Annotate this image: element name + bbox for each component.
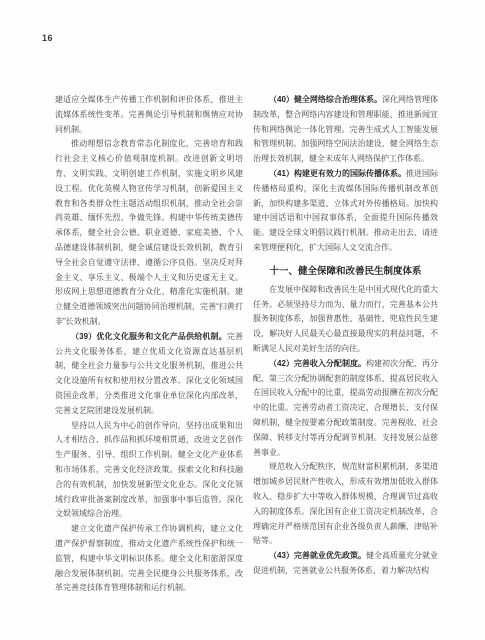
paragraph-text: 建立文化遗产保护传承工作协调机构，建立文化遗产保护督察制度，推动文化遗产系统性保… [55, 524, 243, 592]
paragraph: 建适应全媒体生产传播工作机制和评价体系，推进主流媒体系统性变革。完善舆论引导机制… [55, 93, 243, 137]
item-number-lead: （42）完善收入分配制度。 [269, 359, 366, 368]
section-heading: 十一、健全保障和改善民生制度体系 [253, 265, 438, 279]
paragraph-text: 构建初次分配、再分配、第三次分配协调配套的制度体系，提高居民收入在国民收入分配中… [253, 359, 438, 457]
right-column: （40）健全网络综合治理体系。深化网络管理体制改革，整合网络内容建设和管理职能，… [253, 93, 438, 596]
paragraph-text: 完善公共文化服务体系，建立优质文化资源直达基层机制，健全社会力量参与公共文化服务… [55, 332, 243, 415]
paragraph-text: 推动理想信念教育常态化制度化，完善培育和践行社会主义核心价值观制度机制。改进创新… [55, 139, 243, 326]
text-columns: 建适应全媒体生产传播工作机制和评价体系，推进主流媒体系统性变革。完善舆论引导机制… [55, 93, 438, 596]
item-number-lead: （39）优化文化服务和文化产品供给机制。 [71, 332, 227, 341]
paragraph: 推动理想信念教育常态化制度化，完善培育和践行社会主义核心价值观制度机制。改进创新… [55, 137, 243, 329]
paragraph-text: 规范收入分配秩序，规范财富积累机制，多渠道增加城乡居民财产性收入，形成有效增加低… [253, 462, 438, 545]
left-column: 建适应全媒体生产传播工作机制和评价体系，推进主流媒体系统性变革。完善舆论引导机制… [55, 93, 243, 596]
item-number-lead: （41）构建更有效力的国际传播体系。 [269, 169, 406, 178]
paragraph-item-42: （42）完善收入分配制度。构建初次分配、再分配、第三次分配协调配套的制度体系，提… [253, 357, 438, 461]
document-page: 16 建适应全媒体生产传播工作机制和评价体系，推进主流媒体系统性变革。完善舆论引… [0, 0, 485, 640]
paragraph-text: 坚持以人民为中心的创作导向，坚持出成果和出人才相结合、抓作品和抓环境相贯通，改进… [55, 421, 243, 519]
paragraph: 建立文化遗产保护传承工作协调机构，建立文化遗产保护督察制度，推动文化遗产系统性保… [55, 522, 243, 596]
paragraph-text: 推进国际传播格局重构，深化主流媒体国际传播机制改革创新，加快构建多渠道、立体式对… [253, 169, 438, 252]
paragraph-text: 深化网络管理体制改革，整合网络内容建设和管理职能，推进新闻宣传和网络舆论一体化管… [253, 95, 438, 163]
item-number-lead: （40）健全网络综合治理体系。 [269, 95, 382, 104]
item-number-lead: （43）完善就业优先政策。 [269, 551, 366, 560]
paragraph-item-39: （39）优化文化服务和文化产品供给机制。完善公共文化服务体系，建立优质文化资源直… [55, 330, 243, 419]
paragraph-text: 建适应全媒体生产传播工作机制和评价体系，推进主流媒体系统性变革。完善舆论引导机制… [55, 95, 243, 134]
paragraph: 规范收入分配秩序，规范财富积累机制，多渠道增加城乡居民财产性收入，形成有效增加低… [253, 460, 438, 549]
paragraph: 在发展中保障和改善民生是中国式现代化的重大任务。必须坚持尽力而为、量力而行，完善… [253, 283, 438, 357]
paragraph-item-41: （41）构建更有效力的国际传播体系。推进国际传播格局重构，深化主流媒体国际传播机… [253, 167, 438, 256]
paragraph-text: 在发展中保障和改善民生是中国式现代化的重大任务。必须坚持尽力而为、量力而行，完善… [253, 285, 438, 353]
page-number: 16 [42, 33, 53, 43]
paragraph-item-40: （40）健全网络综合治理体系。深化网络管理体制改革，整合网络内容建设和管理职能，… [253, 93, 438, 167]
paragraph: 坚持以人民为中心的创作导向，坚持出成果和出人才相结合、抓作品和抓环境相贯通，改进… [55, 419, 243, 523]
paragraph-item-43: （43）完善就业优先政策。健全高质量充分就业促进机制，完善就业公共服务体系，着力… [253, 549, 438, 579]
